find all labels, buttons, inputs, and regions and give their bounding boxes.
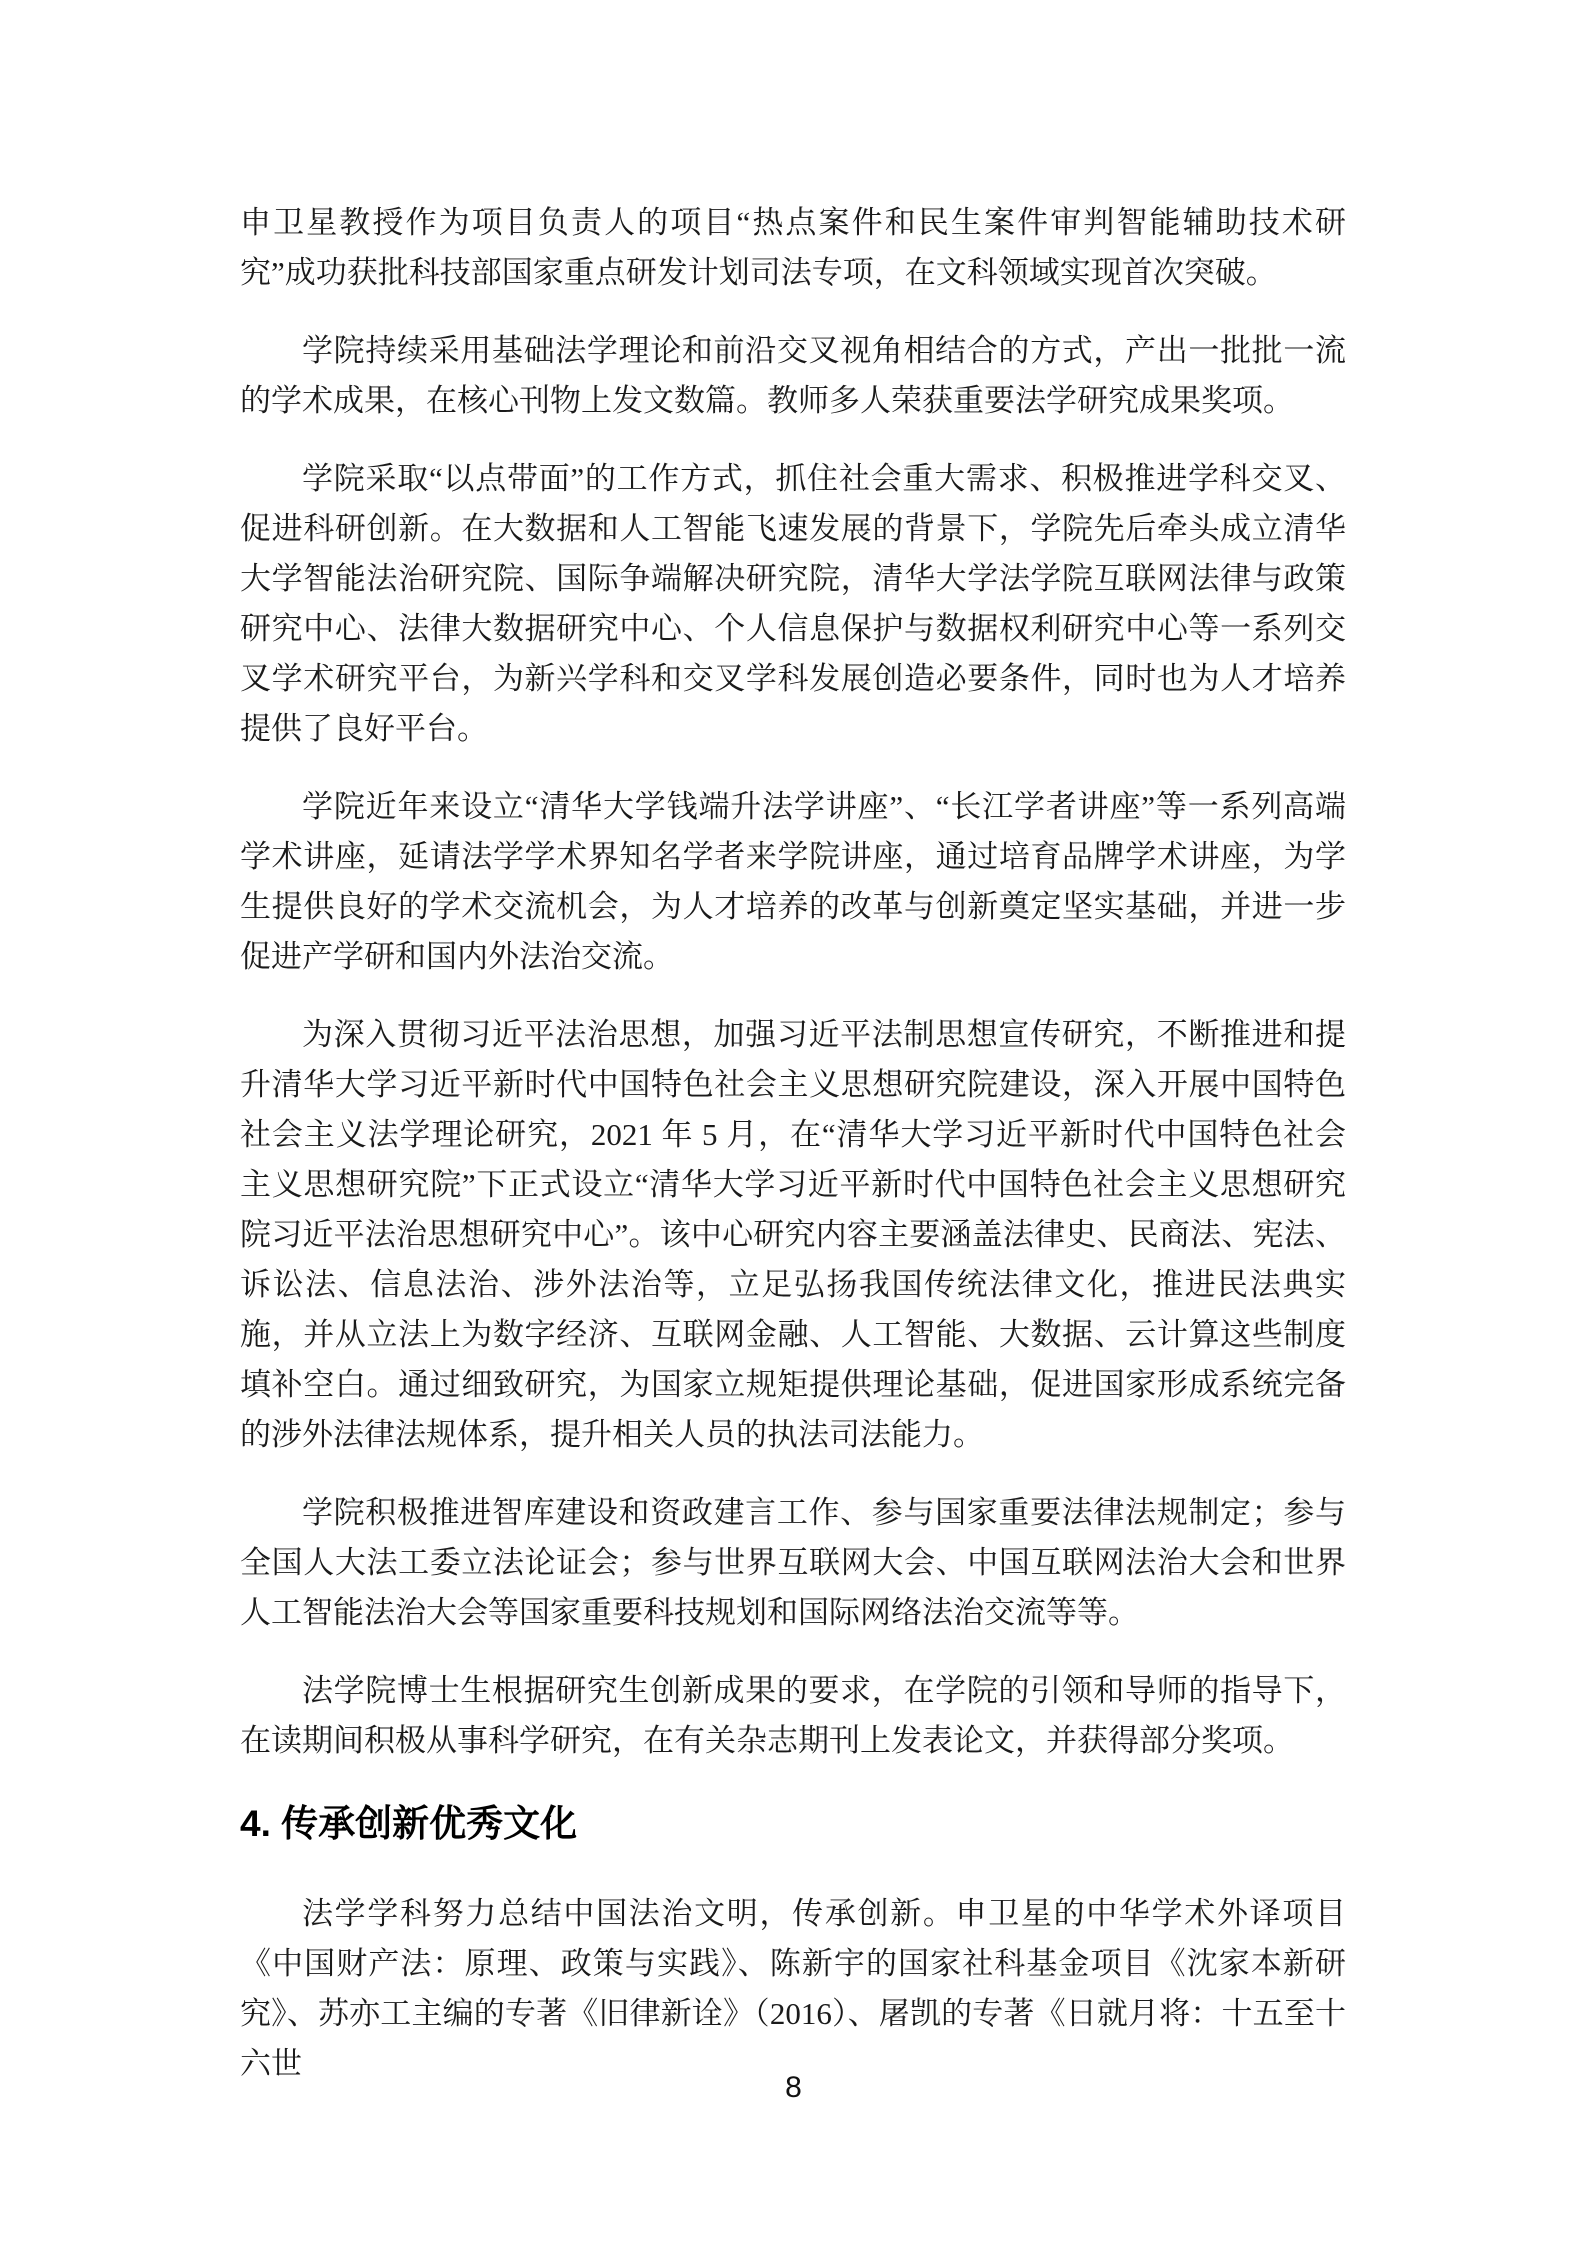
body-paragraph: 为深入贯彻习近平法治思想，加强习近平法制思想宣传研究，不断推进和提升清华大学习近… <box>240 1010 1346 1460</box>
body-paragraph: 法学院博士生根据研究生创新成果的要求，在学院的引领和导师的指导下，在读期间积极从… <box>240 1666 1346 1766</box>
body-paragraph: 学院近年来设立“清华大学钱端升法学讲座”、“长江学者讲座”等一系列高端学术讲座，… <box>240 782 1346 982</box>
body-paragraph: 申卫星教授作为项目负责人的项目“热点案件和民生案件审判智能辅助技术研究”成功获批… <box>240 198 1346 298</box>
body-paragraph: 学院持续采用基础法学理论和前沿交叉视角相结合的方式，产出一批批一流的学术成果，在… <box>240 326 1346 426</box>
page-content: 申卫星教授作为项目负责人的项目“热点案件和民生案件审判智能辅助技术研究”成功获批… <box>240 198 1346 2117</box>
page-number: 8 <box>0 2070 1587 2106</box>
section-heading: 4. 传承创新优秀文化 <box>240 1799 1346 1849</box>
body-paragraph: 学院积极推进智库建设和资政建言工作、参与国家重要法律法规制定；参与全国人大法工委… <box>240 1488 1346 1638</box>
document-page: 申卫星教授作为项目负责人的项目“热点案件和民生案件审判智能辅助技术研究”成功获批… <box>0 0 1587 2245</box>
body-paragraph: 法学学科努力总结中国法治文明，传承创新。申卫星的中华学术外译项目《中国财产法：原… <box>240 1889 1346 2089</box>
body-paragraph: 学院采取“以点带面”的工作方式，抓住社会重大需求、积极推进学科交叉、促进科研创新… <box>240 454 1346 754</box>
